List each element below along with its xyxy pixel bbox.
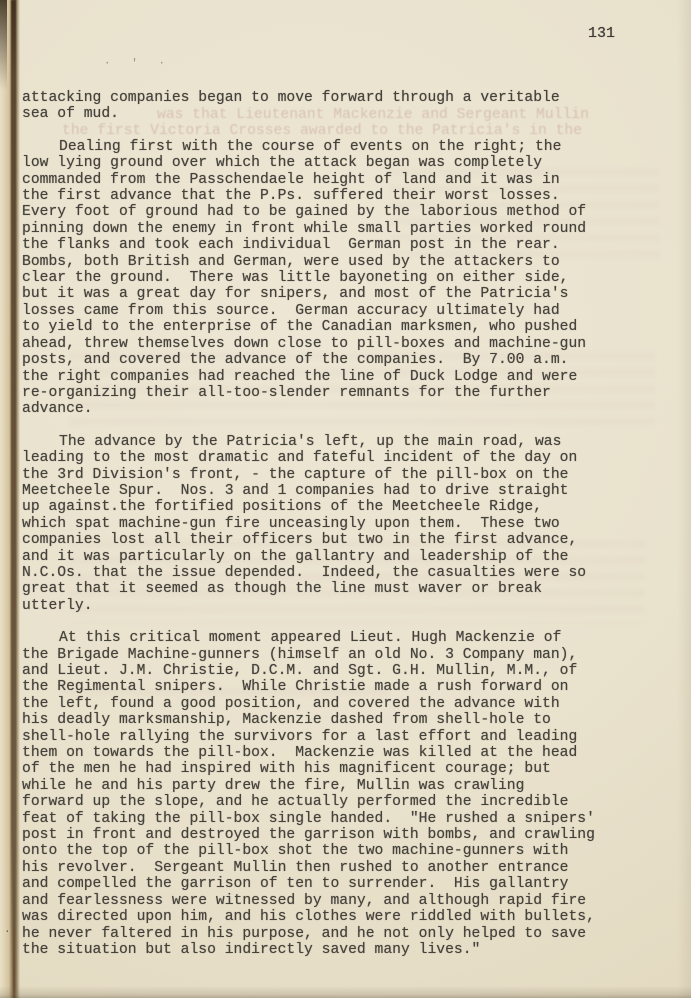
page-number: 131 — [588, 26, 615, 42]
page-body-text: attacking companies began to move forwar… — [22, 90, 669, 974]
paragraph: At this critical moment appeared Lieut. … — [22, 630, 669, 958]
paragraph: The advance by the Patricia's left, up t… — [22, 434, 669, 614]
page-bottom-edge-shadow — [0, 986, 691, 998]
binding-corner-shadow — [0, 0, 7, 90]
binding-shadow-line — [11, 0, 16, 975]
scanned-document-page: was that Lieutenant Mackenzie and Sergea… — [0, 0, 691, 998]
page-right-edge-shade — [677, 0, 691, 998]
paragraph-continuation: attacking companies began to move forwar… — [22, 90, 669, 123]
book-binding-edge — [0, 0, 20, 998]
paragraph: Dealing first with the course of events … — [22, 139, 669, 418]
stray-ink-marks: · ' · — [104, 58, 172, 70]
margin-ink-dot: . — [4, 924, 11, 936]
